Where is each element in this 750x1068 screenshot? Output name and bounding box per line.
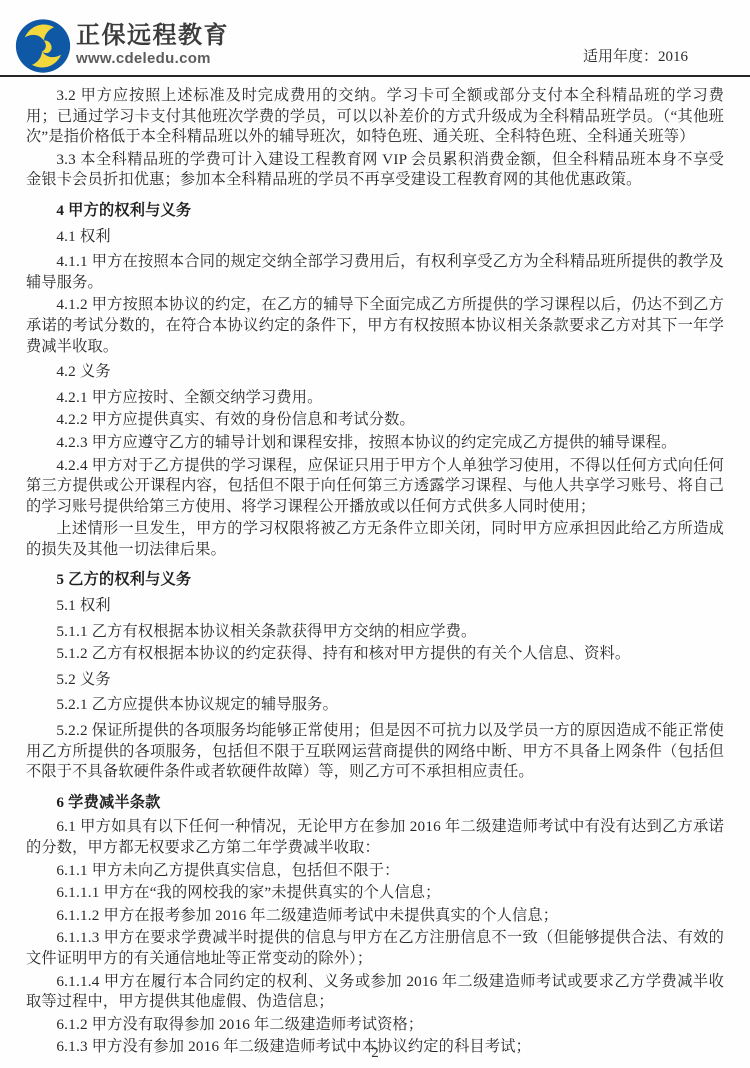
clause-5-1-2: 5.1.2 乙方有权根据本协议的约定获得、持有和核对甲方提供的有关个人信息、资料… xyxy=(26,644,724,665)
clause-3-3: 3.3 本全科精品班的学费可计入建设工程教育网 VIP 会员累积消费金额，但全科… xyxy=(26,150,724,191)
clause-6-1: 6.1 甲方如具有以下任何一种情况，无论甲方在参加 2016 年二级建造师考试中… xyxy=(26,817,724,858)
clause-4-1-1: 4.1.1 甲方在按照本合同的规定交纳全部学习费用后，有权利享受乙方为全科精品班… xyxy=(26,252,724,293)
page-number: 2 xyxy=(0,1045,750,1062)
clause-4-2-1: 4.2.1 甲方应按时、全额交纳学习费用。 xyxy=(26,388,724,409)
contract-page: 正保远程教育 www.cdeledu.com 适用年度：2016 3.2 甲方应… xyxy=(0,0,750,1068)
clause-5-2: 5.2 义务 xyxy=(26,670,724,691)
clause-5: 5 乙方的权利与义务 xyxy=(26,570,724,591)
brand-name: 正保远程教育 xyxy=(76,23,229,49)
clause-5-2-1: 5.2.1 乙方应提供本协议规定的辅导服务。 xyxy=(26,695,724,716)
clause-6-1-2: 6.1.2 甲方没有取得参加 2016 年二级建造师考试资格； xyxy=(26,1015,724,1036)
brand-url: www.cdeledu.com xyxy=(76,50,229,67)
clause-6-1-1-3: 6.1.1.3 甲方在要求学费减半时提供的信息与甲方在乙方注册信息不一致（但能够… xyxy=(26,928,724,969)
clause-6-1-1-4: 6.1.1.4 甲方在履行本合同约定的权利、义务或参加 2016 年二级建造师考… xyxy=(26,972,724,1013)
cdel-logo-icon xyxy=(15,16,71,76)
clause-4-2: 4.2 义务 xyxy=(26,362,724,383)
clause-6-1-1-2: 6.1.1.2 甲方在报考参加 2016 年二级建造师考试中未提供真实的个人信息… xyxy=(26,906,724,927)
brand-block: 正保远程教育 www.cdeledu.com xyxy=(76,23,229,67)
clause-6: 6 学费减半条款 xyxy=(26,793,724,814)
clause-4-2-2: 4.2.2 甲方应提供真实、有效的身份信息和考试分数。 xyxy=(26,410,724,431)
clause-4-2-3: 4.2.3 甲方应遵守乙方的辅导计划和课程安排，按照本协议的约定完成乙方提供的辅… xyxy=(26,433,724,454)
clause-4-1-2: 4.1.2 甲方按照本协议的约定，在乙方的辅导下全面完成乙方所提供的学习课程以后… xyxy=(26,295,724,357)
clause-5-2-2: 5.2.2 保证所提供的各项服务均能够正常使用；但是因不可抗力以及学员一方的原因… xyxy=(26,721,724,783)
contract-body: 3.2 甲方应按照上述标准及时完成费用的交纳。学习卡可全额或部分支付本全科精品班… xyxy=(26,84,724,1060)
clause-3-2: 3.2 甲方应按照上述标准及时完成费用的交纳。学习卡可全额或部分支付本全科精品班… xyxy=(26,86,724,148)
applicable-year-label: 适用年度：2016 xyxy=(583,45,688,66)
clause-4: 4 甲方的权利与义务 xyxy=(26,201,724,222)
clause-5-1-1: 5.1.1 乙方有权根据本协议相关条款获得甲方交纳的相应学费。 xyxy=(26,622,724,643)
clause-4-2-4-note: 上述情形一旦发生，甲方的学习权限将被乙方无条件立即关闭，同时甲方应承担因此给乙方… xyxy=(26,519,724,560)
clause-4-2-4: 4.2.4 甲方对于乙方提供的学习课程，应保证只用于甲方个人单独学习使用，不得以… xyxy=(26,456,724,518)
clause-6-1-1-1: 6.1.1.1 甲方在“我的网校我的家”未提供真实的个人信息； xyxy=(26,883,724,904)
page-header: 正保远程教育 www.cdeledu.com 适用年度：2016 xyxy=(0,0,750,77)
clause-5-1: 5.1 权利 xyxy=(26,596,724,617)
clause-6-1-1: 6.1.1 甲方未向乙方提供真实信息，包括但不限于： xyxy=(26,861,724,882)
clause-4-1: 4.1 权利 xyxy=(26,227,724,248)
